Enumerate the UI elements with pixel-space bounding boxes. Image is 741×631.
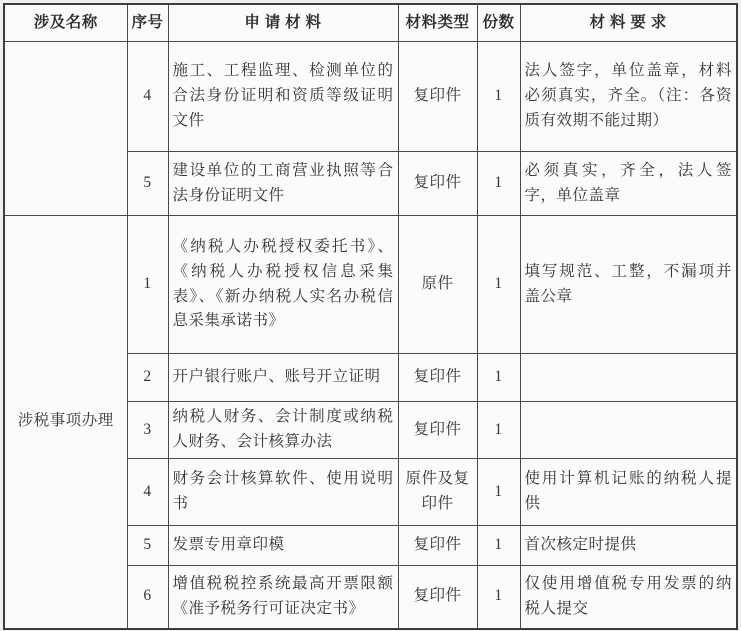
- material-cell: 《纳税人办税授权委托书》、《纳税人办税授权信息采集表》、《新办纳税人实名办税信息…: [168, 216, 398, 354]
- seq-cell: 6: [127, 566, 168, 629]
- copies-cell: 1: [477, 566, 520, 629]
- requirement-cell: [520, 354, 737, 402]
- requirement-cell: [520, 402, 737, 459]
- requirement-cell: 法人签字，单位盖章，材料必须真实，齐全。（注：各资质有效期不能过期）: [520, 42, 737, 152]
- seq-cell: 1: [127, 216, 168, 354]
- header-involved-name: 涉及名称: [4, 4, 127, 42]
- type-cell: 复印件: [398, 526, 477, 566]
- seq-cell: 4: [127, 42, 168, 152]
- requirement-cell: 填写规范、工整，不漏项并盖公章: [520, 216, 737, 354]
- requirement-cell: 使用计算机记账的纳税人提供: [520, 459, 737, 526]
- materials-table: 涉及名称 序号 申 请 材 料 材料类型 份数 材 料 要 求 4 施工、工程监…: [3, 3, 738, 630]
- seq-cell: 4: [127, 459, 168, 526]
- table-row: 4 施工、工程监理、检测单位的合法身份证明和资质等级证明文件 复印件 1 法人签…: [4, 42, 737, 152]
- type-cell: 原件: [398, 216, 477, 354]
- copies-cell: 1: [477, 216, 520, 354]
- seq-cell: 5: [127, 152, 168, 216]
- type-cell: 复印件: [398, 354, 477, 402]
- header-material: 申 请 材 料: [168, 4, 398, 42]
- header-copies: 份数: [477, 4, 520, 42]
- type-cell: 复印件: [398, 402, 477, 459]
- copies-cell: 1: [477, 42, 520, 152]
- type-cell: 原件及复印件: [398, 459, 477, 526]
- requirement-cell: 必须真实，齐全，法人签字，单位盖章: [520, 152, 737, 216]
- copies-cell: 1: [477, 459, 520, 526]
- material-cell: 财务会计核算软件、使用说明书: [168, 459, 398, 526]
- seq-cell: 2: [127, 354, 168, 402]
- type-cell: 复印件: [398, 42, 477, 152]
- requirement-cell: 首次核定时提供: [520, 526, 737, 566]
- table-header-row: 涉及名称 序号 申 请 材 料 材料类型 份数 材 料 要 求: [4, 4, 737, 42]
- copies-cell: 1: [477, 354, 520, 402]
- header-requirement: 材 料 要 求: [520, 4, 737, 42]
- section-name-cell: 涉税事项办理: [4, 216, 127, 629]
- seq-cell: 5: [127, 526, 168, 566]
- material-cell: 增值税税控系统最高开票限额《准予税务行可证决定书》: [168, 566, 398, 629]
- copies-cell: 1: [477, 152, 520, 216]
- header-type: 材料类型: [398, 4, 477, 42]
- material-cell: 纳税人财务、会计制度或纳税人财务、会计核算办法: [168, 402, 398, 459]
- section-name-cell: [4, 42, 127, 216]
- type-cell: 复印件: [398, 152, 477, 216]
- header-seq: 序号: [127, 4, 168, 42]
- copies-cell: 1: [477, 402, 520, 459]
- table-row: 涉税事项办理 1 《纳税人办税授权委托书》、《纳税人办税授权信息采集表》、《新办…: [4, 216, 737, 354]
- seq-cell: 3: [127, 402, 168, 459]
- type-cell: 复印件: [398, 566, 477, 629]
- material-cell: 开户银行账户、账号开立证明: [168, 354, 398, 402]
- copies-cell: 1: [477, 526, 520, 566]
- material-cell: 施工、工程监理、检测单位的合法身份证明和资质等级证明文件: [168, 42, 398, 152]
- document-page: 涉及名称 序号 申 请 材 料 材料类型 份数 材 料 要 求 4 施工、工程监…: [0, 0, 741, 631]
- requirement-cell: 仅使用增值税专用发票的纳税人提交: [520, 566, 737, 629]
- material-cell: 建设单位的工商营业执照等合法身份证明文件: [168, 152, 398, 216]
- material-cell: 发票专用章印模: [168, 526, 398, 566]
